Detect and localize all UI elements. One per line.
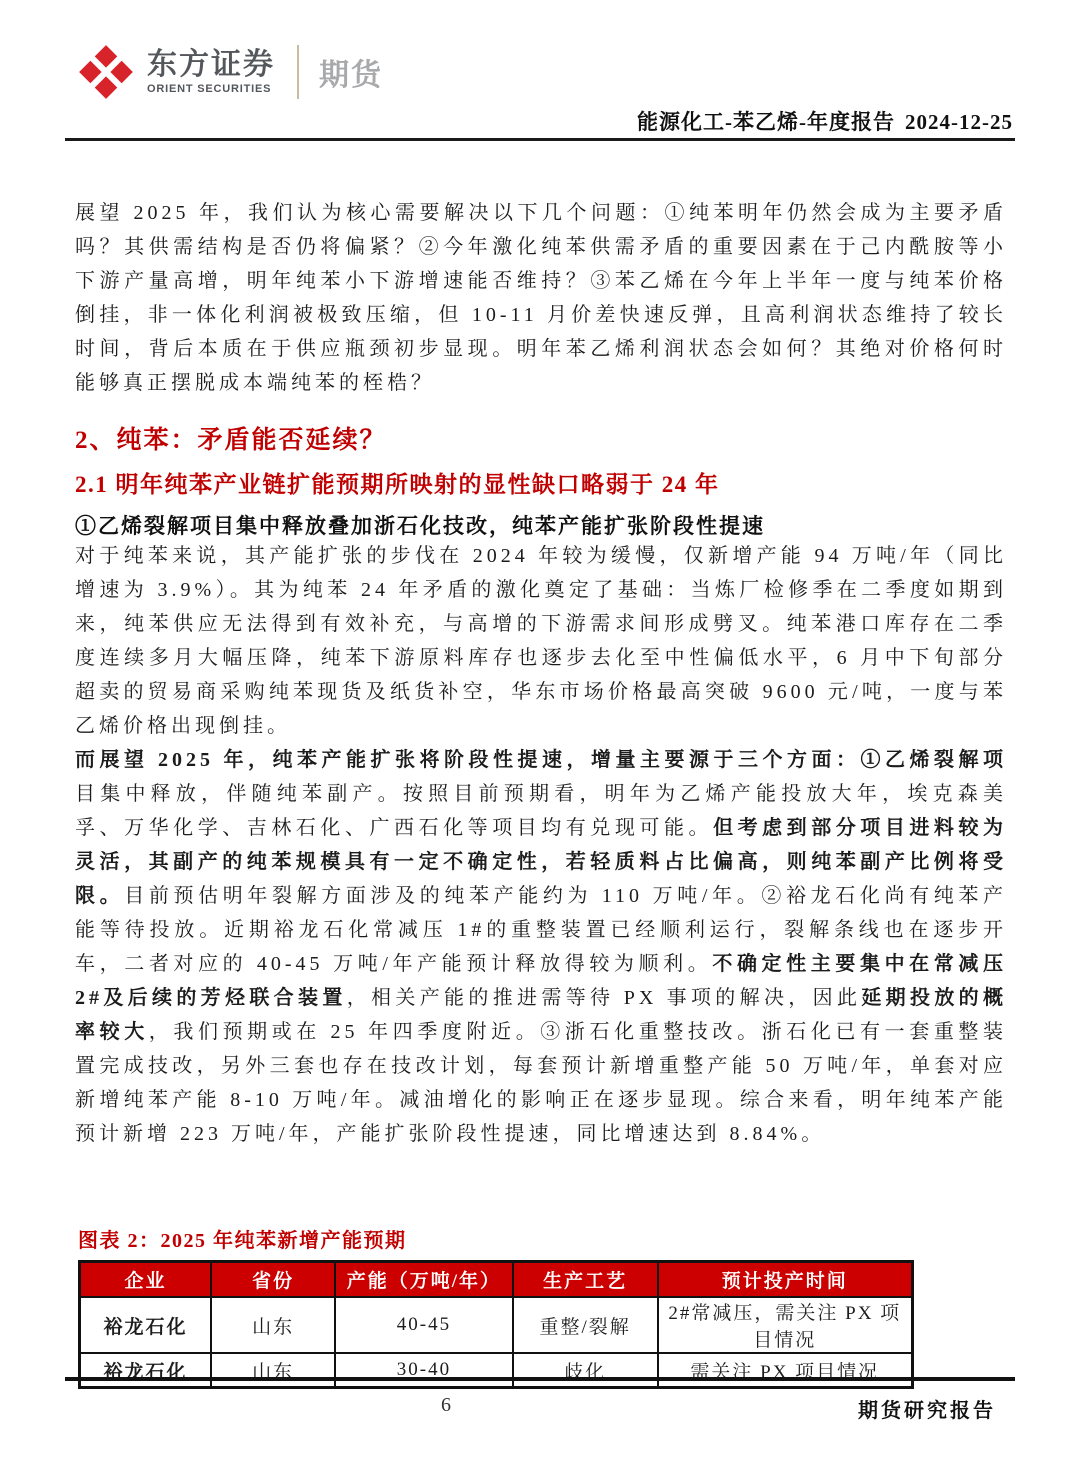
text-segment: 展望 2025 年，我们认为核心需要解决以下几个问题：①纯苯明年仍然会成为主要矛… [75, 202, 1007, 394]
footer-label: 期货研究报告 [858, 1394, 996, 1423]
paragraph-outlook-questions: 展望 2025 年，我们认为核心需要解决以下几个问题：①纯苯明年仍然会成为主要矛… [75, 196, 1007, 400]
table-header-row: 企业省份产能（万吨/年）生产工艺预计投产时间 [80, 1262, 913, 1298]
paragraph-2025-expansion: 而展望 2025 年，纯苯产能扩张将阶段性提速，增量主要源于三个方面：①乙烯裂解… [75, 743, 1007, 1151]
table-cell: 山东 [211, 1353, 335, 1388]
text-segment: ，相关产能的推进需等待 PX 事项的解决，因此 [347, 987, 862, 1009]
table-cell: 裕龙石化 [80, 1297, 212, 1353]
table-header-cell: 产能（万吨/年） [335, 1262, 512, 1298]
logo-text-block: 东方证券 ORIENT SECURITIES [147, 49, 275, 96]
logo-divider [297, 45, 299, 99]
table-header-cell: 企业 [80, 1262, 212, 1298]
logo-en-name: ORIENT SECURITIES [147, 83, 275, 96]
text-segment: ，我们预期或在 25 年四季度附近。③浙石化重整技改。浙石化已有一套重整装置完成… [75, 1021, 1007, 1145]
table-cell: 2#常减压，需关注 PX 项目情况 [658, 1297, 913, 1353]
point-heading: ①乙烯裂解项目集中释放叠加浙石化技改，纯苯产能扩张阶段性提速 [75, 513, 1007, 539]
table-header-cell: 预计投产时间 [658, 1262, 913, 1298]
text-segment-bold: 而展望 2025 年，纯苯产能扩张将阶段性提速，增量主要源于三个方面：①乙烯裂解… [75, 749, 1007, 771]
logo-sub-brand: 期货 [319, 50, 383, 94]
subsection-heading: 2.1 明年纯苯产业链扩能预期所映射的显性缺口略弱于 24 年 [75, 471, 1007, 499]
table-cell: 30-40 [335, 1353, 512, 1388]
capacity-table-head: 企业省份产能（万吨/年）生产工艺预计投产时间 [80, 1262, 913, 1298]
logo-cn-name: 东方证券 [147, 49, 275, 81]
table-cell: 歧化 [513, 1353, 658, 1388]
figure-title: 图表 2：2025 年纯苯新增产能预期 [78, 1224, 914, 1253]
page-number: 6 [406, 1394, 486, 1417]
report-title-line: 能源化工-苯乙烯-年度报告2024-12-25 [637, 106, 1013, 136]
table-header-cell: 省份 [211, 1262, 335, 1298]
report-title: 能源化工-苯乙烯-年度报告 [637, 110, 895, 134]
header-rule [65, 138, 1015, 141]
table-cell: 裕龙石化 [80, 1353, 212, 1388]
table-cell: 需关注 PX 项目情况 [658, 1353, 913, 1388]
figure-2-block: 图表 2：2025 年纯苯新增产能预期 企业省份产能（万吨/年）生产工艺预计投产… [78, 1224, 914, 1389]
table-cell: 重整/裂解 [513, 1297, 658, 1353]
section-heading: 2、纯苯：矛盾能否延续？ [75, 426, 1007, 456]
capacity-table-body: 裕龙石化山东40-45重整/裂解2#常减压，需关注 PX 项目情况裕龙石化山东3… [80, 1297, 913, 1388]
orient-securities-logo: 东方证券 ORIENT SECURITIES 期货 [78, 44, 383, 100]
paragraph-2024-capacity: 对于纯苯来说，其产能扩张的步伐在 2024 年较为缓慢，仅新增产能 94 万吨/… [75, 539, 1007, 743]
table-row: 裕龙石化山东30-40歧化需关注 PX 项目情况 [80, 1353, 913, 1388]
orient-securities-diamond-icon [78, 44, 134, 100]
report-body: 展望 2025 年，我们认为核心需要解决以下几个问题：①纯苯明年仍然会成为主要矛… [75, 196, 1007, 1151]
capacity-table: 企业省份产能（万吨/年）生产工艺预计投产时间 裕龙石化山东40-45重整/裂解2… [78, 1260, 914, 1389]
report-page: 东方证券 ORIENT SECURITIES 期货 能源化工-苯乙烯-年度报告2… [0, 0, 1080, 1466]
table-cell: 山东 [211, 1297, 335, 1353]
table-cell: 40-45 [335, 1297, 512, 1353]
text-segment: 对于纯苯来说，其产能扩张的步伐在 2024 年较为缓慢，仅新增产能 94 万吨/… [75, 545, 1007, 737]
table-header-cell: 生产工艺 [513, 1262, 658, 1298]
table-row: 裕龙石化山东40-45重整/裂解2#常减压，需关注 PX 项目情况 [80, 1297, 913, 1353]
report-date: 2024-12-25 [905, 110, 1013, 134]
footer-rule [65, 1377, 1015, 1381]
